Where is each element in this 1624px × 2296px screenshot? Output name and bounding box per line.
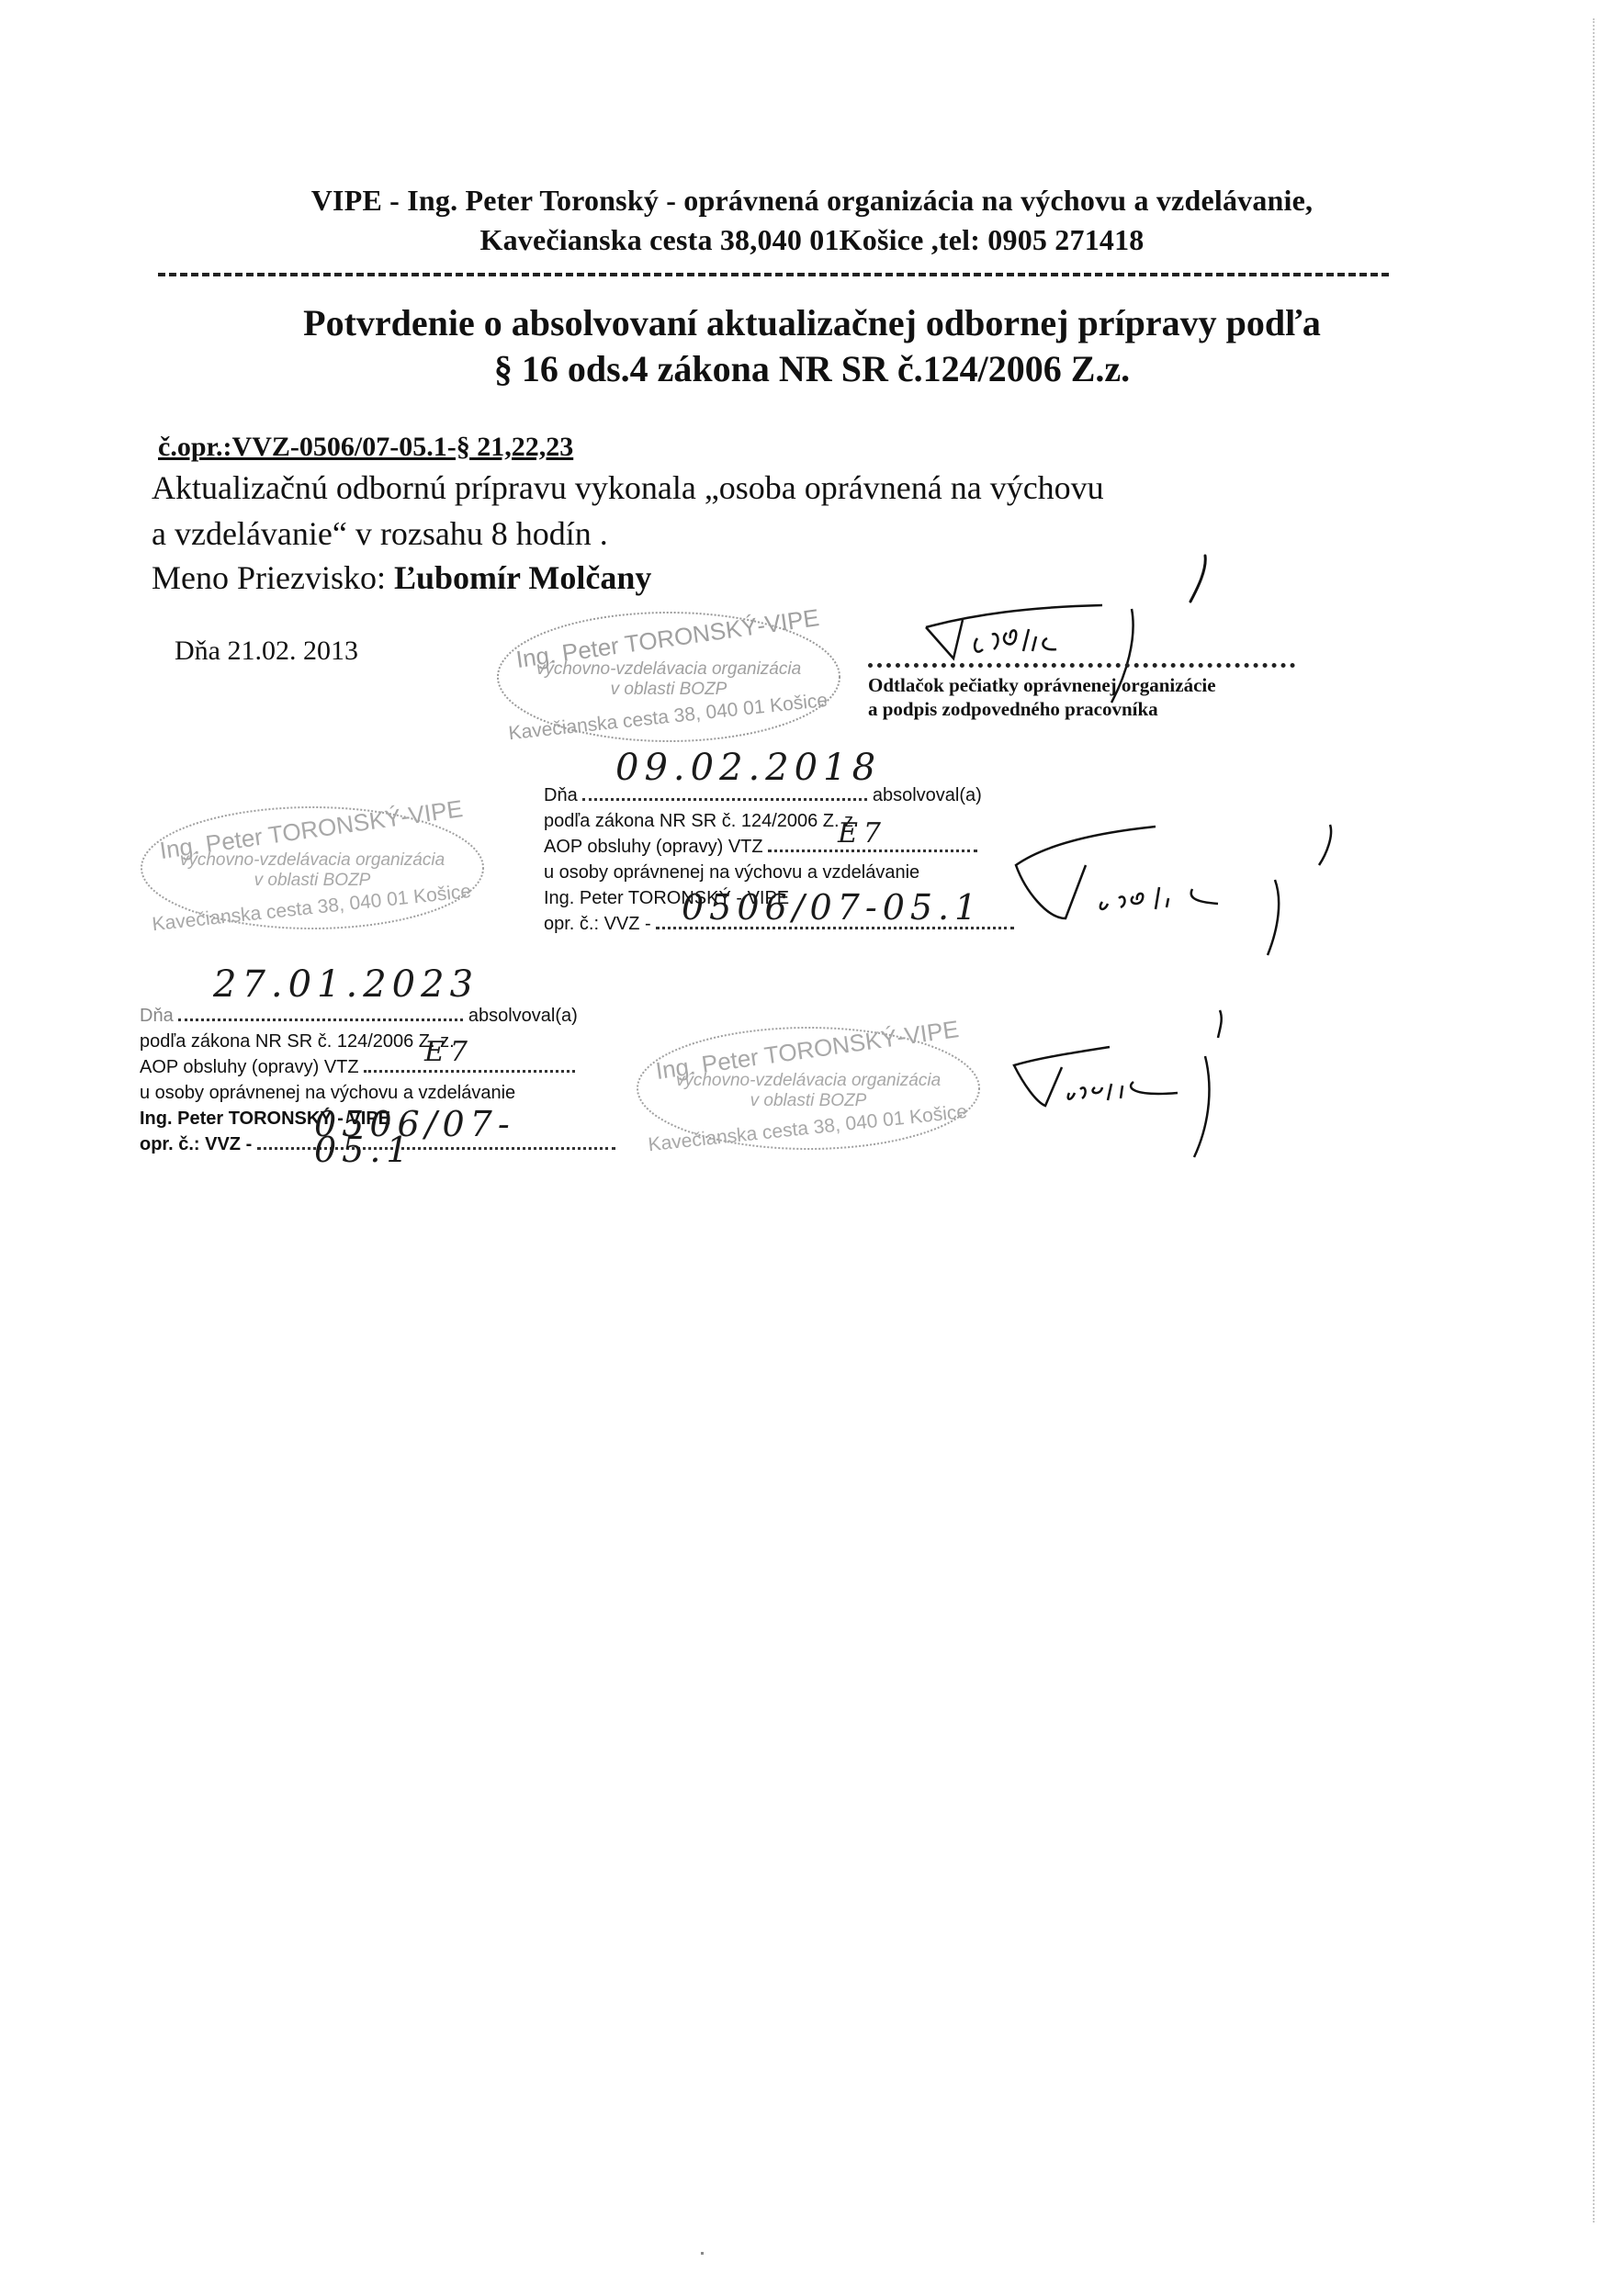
header-divider xyxy=(158,273,1389,276)
person-line: u osoby oprávnenej na výchovu a vzdeláva… xyxy=(544,860,994,885)
aop-label: AOP obsluhy (opravy) VTZ xyxy=(544,837,763,857)
aop-label: AOP obsluhy (opravy) VTZ xyxy=(140,1057,359,1077)
scan-edge-line xyxy=(1593,18,1595,2223)
renewal-date-label: Dňa xyxy=(544,785,578,805)
person-line: u osoby oprávnenej na výchovu a vzdeláva… xyxy=(140,1080,599,1106)
law-line: podľa zákona NR SR č. 124/2006 Z. z. xyxy=(544,808,994,834)
name-label: Meno Priezvisko: xyxy=(152,559,386,596)
opr-label: opr. č.: VVZ - xyxy=(544,914,651,934)
svg-text:v oblasti BOZP: v oblasti BOZP xyxy=(750,1091,867,1110)
authorization-reference: č.opr.:VVZ-0506/07-05.1-§ 21,22,23 xyxy=(158,432,573,463)
svg-text:výchovno-vzdelávacia organizác: výchovno-vzdelávacia organizácia xyxy=(180,850,445,870)
renewal-date-label: Dňa xyxy=(140,1006,174,1026)
scan-speck xyxy=(701,2252,704,2255)
opr-label: opr. č.: VVZ - xyxy=(140,1134,252,1154)
organization-stamp-2023: Ing. Peter TORONSKÝ-VIPE výchovno-vzdelá… xyxy=(634,1019,983,1157)
signature-line xyxy=(868,663,1295,668)
stamp-line-3: v oblasti BOZP xyxy=(611,680,727,699)
header-line-2: Kavečianska cesta 38,040 01Košice ,tel: … xyxy=(0,223,1624,257)
header-line-1: VIPE - Ing. Peter Toronský - oprávnená o… xyxy=(0,184,1624,218)
svg-text:výchovno-vzdelávacia organizác: výchovno-vzdelávacia organizácia xyxy=(676,1071,941,1090)
document-title-line-2: § 16 ods.4 zákona NR SR č.124/2006 Z.z. xyxy=(0,347,1624,390)
handwritten-opr-value: 0506/07-05.1 xyxy=(682,895,982,920)
signature-2023 xyxy=(1010,1001,1249,1166)
completed-label: absolvoval(a) xyxy=(873,785,982,805)
body-line-2: a vzdelávanie“ v rozsahu 8 hodín . xyxy=(152,514,608,553)
svg-text:v oblasti BOZP: v oblasti BOZP xyxy=(254,871,371,890)
renewal-block-2018: Dňa absolvoval(a) podľa zákona NR SR č. … xyxy=(544,782,994,937)
document-title-line-1: Potvrdenie o absolvovaní aktualizačnej o… xyxy=(0,301,1624,344)
participant-name: Ľubomír Molčany xyxy=(394,559,651,596)
completed-label: absolvoval(a) xyxy=(468,1006,578,1026)
signature-2018 xyxy=(1010,799,1341,964)
handwritten-aop-value: E7 xyxy=(838,821,886,847)
handwritten-date-2018: 09.02.2018 xyxy=(615,755,881,781)
organization-stamp: Ing. Peter TORONSKÝ-VIPE výchovno-vzdelá… xyxy=(494,608,843,746)
organization-stamp-2018: Ing. Peter TORONSKÝ-VIPE výchovno-vzdelá… xyxy=(138,799,487,937)
issue-date: Dňa 21.02. 2013 xyxy=(175,636,358,667)
handwritten-date-2023: 27.01.2023 xyxy=(213,972,479,997)
signature-caption: Odtlačok pečiatky oprávnenej organizácie… xyxy=(868,673,1216,721)
body-line-1: Aktualizačnú odbornú prípravu vykonala „… xyxy=(152,468,1104,507)
handwritten-opr-value: 0506/07-05.1 xyxy=(314,1111,599,1163)
participant-name-row: Meno Priezvisko: Ľubomír Molčany xyxy=(152,558,651,597)
pen-mark xyxy=(1185,551,1212,606)
law-line: podľa zákona NR SR č. 124/2006 Z. z. xyxy=(140,1029,599,1054)
handwritten-aop-value: E7 xyxy=(424,1040,473,1065)
stamp-line-2: výchovno-vzdelávacia organizácia xyxy=(536,659,801,679)
renewal-block-2023: Dňa absolvoval(a) podľa zákona NR SR č. … xyxy=(140,1003,599,1157)
